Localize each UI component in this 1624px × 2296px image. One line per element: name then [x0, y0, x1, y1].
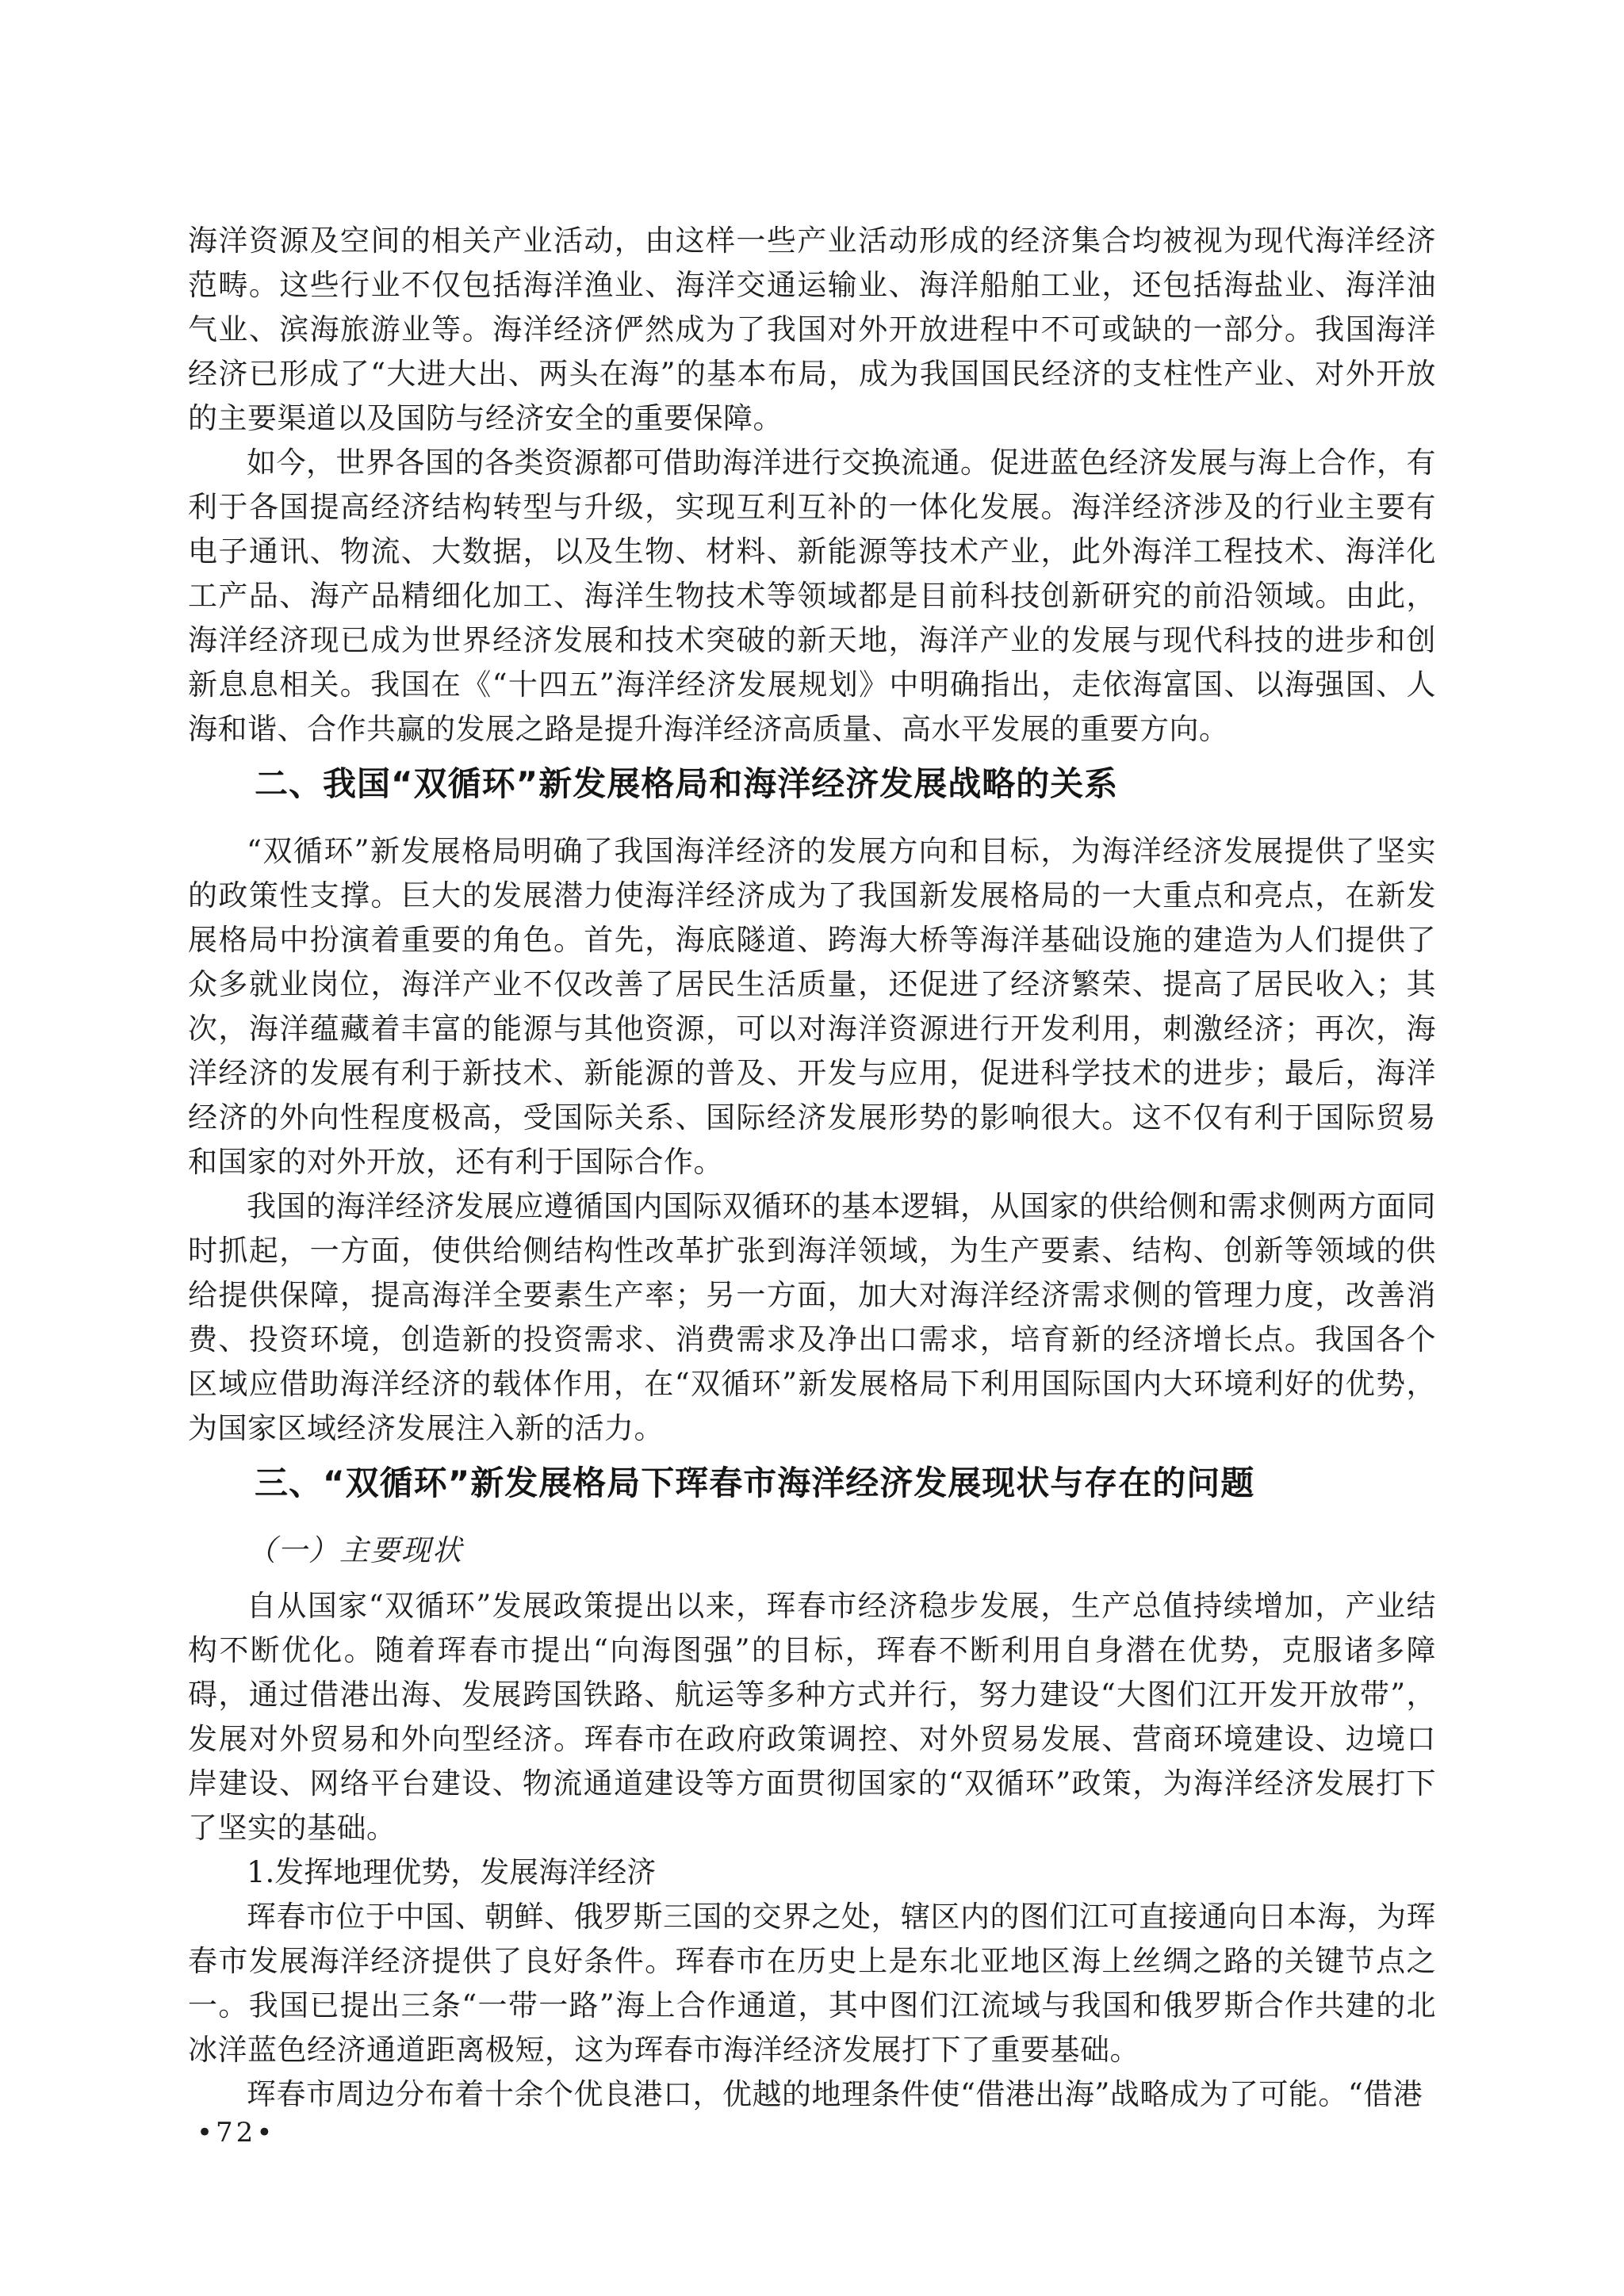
body-paragraph: 我国的海洋经济发展应遵循国内国际双循环的基本逻辑，从国家的供给侧和需求侧两方面同… [188, 1184, 1436, 1451]
section-heading-2: 二、我国“双循环”新发展格局和海洋经济发展战略的关系 [188, 760, 1436, 809]
subsection-heading: （一）主要现状 [188, 1529, 1436, 1573]
body-paragraph: 自从国家“双循环”发展政策提出以来，珲春市经济稳步发展，生产总值持续增加，产业结… [188, 1584, 1436, 1850]
footer-page-number: •72• [197, 2117, 275, 2149]
body-paragraph: “双循环”新发展格局明确了我国海洋经济的发展方向和目标，为海洋经济发展提供了坚实… [188, 829, 1436, 1184]
numbered-subpoint: 1.发挥地理优势，发展海洋经济 [188, 1850, 1436, 1895]
page-text-column: 海洋资源及空间的相关产业活动，由这样一些产业活动形成的经济集合均被视为现代海洋经… [188, 219, 1436, 2117]
journal-page: 海洋资源及空间的相关产业活动，由这样一些产业活动形成的经济集合均被视为现代海洋经… [0, 0, 1624, 2296]
body-paragraph: 珲春市位于中国、朝鲜、俄罗斯三国的交界之处，辖区内的图们江可直接通向日本海，为珲… [188, 1895, 1436, 2072]
body-paragraph: 如今，世界各国的各类资源都可借助海洋进行交换流通。促进蓝色经济发展与海上合作，有… [188, 441, 1436, 752]
section-heading-3: 三、“双循环”新发展格局下珲春市海洋经济发展现状与存在的问题 [188, 1459, 1436, 1508]
body-paragraph-continued: 海洋资源及空间的相关产业活动，由这样一些产业活动形成的经济集合均被视为现代海洋经… [188, 219, 1436, 441]
body-paragraph: 珲春市周边分布着十余个优良港口，优越的地理条件使“借港出海”战略成为了可能。“借… [188, 2072, 1436, 2117]
